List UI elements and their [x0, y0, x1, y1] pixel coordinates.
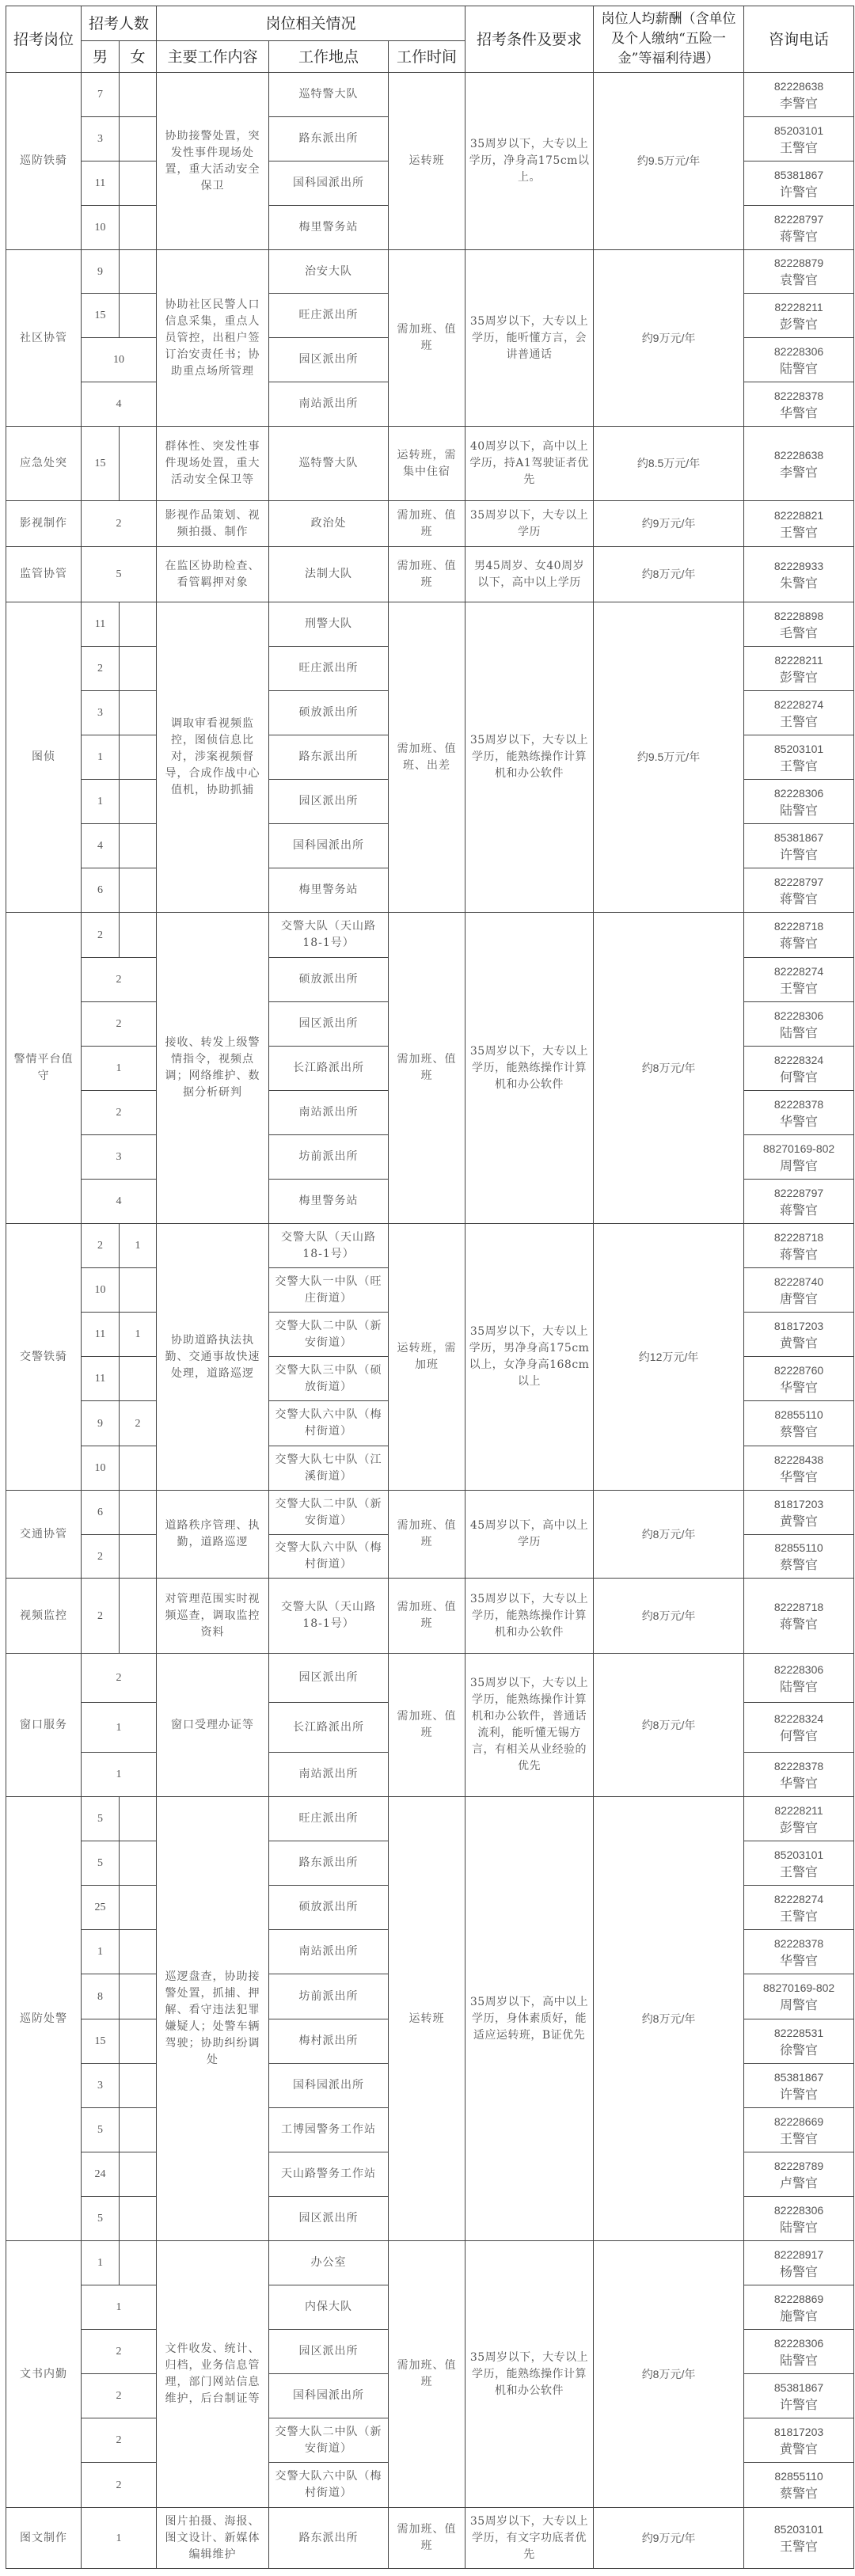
contact-phone: 85203101王警官 — [744, 2508, 854, 2569]
duties: 群体性、突发性事件现场处置，重大活动安全保卫等 — [157, 427, 269, 501]
headcount-male: 3 — [82, 117, 120, 161]
phone-number: 85381867 — [747, 830, 850, 846]
headcount-male: 2 — [82, 913, 120, 958]
requirements: 男45周岁、女40周岁以下，高中以上学历 — [465, 547, 594, 602]
phone-number: 88270169-802 — [747, 1141, 850, 1157]
phone-number: 82228898 — [747, 608, 850, 625]
duties: 图片拍摄、海报、图文设计、新媒体编辑维护 — [157, 2508, 269, 2569]
work-location: 旺庄派出所 — [269, 1797, 389, 1841]
phone-number: 82228797 — [747, 1185, 850, 1202]
requirements: 35周岁以下，大专以上学历，能熟练操作计算机和办公软件 — [465, 913, 594, 1224]
headcount-male: 10 — [82, 206, 120, 250]
contact-officer: 徐警官 — [747, 2042, 850, 2058]
work-location: 南站派出所 — [269, 1930, 389, 1974]
phone-number: 81817203 — [747, 1318, 850, 1335]
phone-number: 82228718 — [747, 918, 850, 935]
salary: 约8万元/年 — [594, 547, 744, 602]
contact-phone: 82228797蒋警官 — [744, 1180, 854, 1224]
phone-number: 82228933 — [747, 558, 850, 575]
headcount-female — [120, 602, 157, 647]
phone-number: 81817203 — [747, 2424, 850, 2441]
headcount-female — [120, 117, 157, 161]
duties: 协助道路执法执勤、交通事故快速处理，道路巡逻 — [157, 1224, 269, 1491]
work-location: 国科园派出所 — [269, 824, 389, 868]
work-location: 法制大队 — [269, 547, 389, 602]
work-location: 园区派出所 — [269, 1654, 389, 1703]
contact-officer: 华警官 — [747, 1113, 850, 1130]
requirements: 35周岁以下，大专以上学历，净身高175cm以上。 — [465, 73, 594, 250]
contact-officer: 王警官 — [747, 713, 850, 730]
headcount-male: 15 — [82, 2019, 120, 2064]
phone-number: 82228306 — [747, 344, 850, 360]
header-post-info: 岗位相关情况 — [157, 6, 465, 41]
position-name: 视频监控 — [6, 1579, 82, 1654]
work-location: 坊前派出所 — [269, 1135, 389, 1180]
contact-phone: 82228324何警官 — [744, 1047, 854, 1091]
contact-phone: 82228378华警官 — [744, 1753, 854, 1797]
header-headcount: 招考人数 — [82, 6, 157, 41]
headcount-male: 2 — [82, 1535, 120, 1579]
header-female: 女 — [120, 41, 157, 73]
salary: 约9万元/年 — [594, 2508, 744, 2569]
contact-officer: 华警官 — [747, 1379, 850, 1396]
headcount-total: 10 — [82, 338, 157, 382]
headcount-female — [120, 1357, 157, 1401]
contact-phone: 82228638李警官 — [744, 73, 854, 117]
header-phone: 咨询电话 — [744, 6, 854, 73]
contact-phone: 82228211彭警官 — [744, 294, 854, 338]
contact-officer: 彭警官 — [747, 669, 850, 686]
contact-phone: 82228306陆警官 — [744, 780, 854, 824]
headcount-total: 1 — [82, 1753, 157, 1797]
phone-number: 82228531 — [747, 2025, 850, 2042]
headcount-male: 4 — [82, 824, 120, 868]
position-name: 警情平台值守 — [6, 913, 82, 1224]
requirements: 35周岁以下，大专以上学历，有文字功底者优先 — [465, 2508, 594, 2569]
contact-phone: 85381867许警官 — [744, 2064, 854, 2108]
work-time: 需加班、值班 — [389, 250, 465, 427]
work-location: 交警大队二中队（新安街道） — [269, 1491, 389, 1535]
headcount-total: 2 — [82, 1091, 157, 1135]
salary: 约8万元/年 — [594, 1579, 744, 1654]
contact-phone: 82228933朱警官 — [744, 547, 854, 602]
phone-number: 82228797 — [747, 874, 850, 891]
contact-officer: 蔡警官 — [747, 1556, 850, 1573]
work-location: 巡特警大队 — [269, 73, 389, 117]
headcount-male: 6 — [82, 868, 120, 913]
contact-phone: 82228718蒋警官 — [744, 1224, 854, 1268]
table-row: 窗口服务2窗口受理办证等园区派出所需加班、值班35周岁以下，大专以上学历，能熟练… — [6, 1654, 854, 1703]
work-time: 运转班 — [389, 1797, 465, 2241]
header-requirements: 招考条件及要求 — [465, 6, 594, 73]
duties: 调取审看视频监控，图侦信息比对，涉案视频督导，合成作战中心值机，协助抓捕 — [157, 602, 269, 913]
headcount-male: 1 — [82, 780, 120, 824]
headcount-female — [120, 73, 157, 117]
headcount-female: 2 — [120, 1401, 157, 1446]
requirements: 35周岁以下，高中以上学历，身体素质好，能适应运转班，B证优先 — [465, 1797, 594, 2241]
work-location: 南站派出所 — [269, 1091, 389, 1135]
contact-officer: 陆警官 — [747, 1678, 850, 1695]
phone-number: 82228760 — [747, 1362, 850, 1379]
contact-officer: 华警官 — [747, 1775, 850, 1791]
table-row: 交通协管6道路秩序管理、执勤，道路巡逻交警大队二中队（新安街道）需加班、值班45… — [6, 1491, 854, 1535]
contact-phone: 82228324何警官 — [744, 1703, 854, 1753]
contact-officer: 黄警官 — [747, 1513, 850, 1529]
work-time: 需加班、值班 — [389, 2508, 465, 2569]
contact-officer: 陆警官 — [747, 802, 850, 819]
table-row: 应急处突15群体性、突发性事件现场处置，重大活动安全保卫等巡特警大队运转班，需集… — [6, 427, 854, 501]
contact-officer: 李警官 — [747, 464, 850, 481]
phone-number: 82228211 — [747, 652, 850, 669]
duties: 在监区协助检查、看管羁押对象 — [157, 547, 269, 602]
contact-phone: 82228438华警官 — [744, 1446, 854, 1491]
headcount-male: 10 — [82, 1268, 120, 1313]
headcount-total: 1 — [82, 2285, 157, 2330]
phone-number: 82228789 — [747, 2158, 850, 2175]
salary: 约8万元/年 — [594, 2241, 744, 2508]
salary: 约9万元/年 — [594, 501, 744, 547]
table-row: 影视制作2影视作品策划、视频拍摄、制作政治处需加班、值班35周岁以下，大专以上学… — [6, 501, 854, 547]
headcount-male: 3 — [82, 2064, 120, 2108]
headcount-male: 3 — [82, 691, 120, 735]
phone-number: 82228879 — [747, 255, 850, 272]
work-location: 南站派出所 — [269, 1753, 389, 1797]
headcount-male: 2 — [82, 647, 120, 691]
contact-officer: 陆警官 — [747, 360, 850, 377]
contact-phone: 82228797蒋警官 — [744, 206, 854, 250]
table-row: 图侦11调取审看视频监控，图侦信息比对，涉案视频督导，合成作战中心值机，协助抓捕… — [6, 602, 854, 647]
contact-officer: 彭警官 — [747, 316, 850, 332]
duties: 巡逻盘查，协助接警处置，抓捕、押解、看守违法犯罪嫌疑人；处警车辆驾驶；协助纠纷调… — [157, 1797, 269, 2241]
work-location: 园区派出所 — [269, 780, 389, 824]
phone-number: 82228718 — [747, 1229, 850, 1246]
contact-officer: 许警官 — [747, 2086, 850, 2103]
headcount-total: 2 — [82, 2418, 157, 2463]
position-name: 巡防铁骑 — [6, 73, 82, 250]
headcount-female — [120, 2019, 157, 2064]
headcount-total: 5 — [82, 547, 157, 602]
work-location: 国科园派出所 — [269, 161, 389, 206]
position-name: 应急处突 — [6, 427, 82, 501]
work-location: 坊前派出所 — [269, 1974, 389, 2019]
salary: 约9万元/年 — [594, 250, 744, 427]
work-location: 旺庄派出所 — [269, 647, 389, 691]
headcount-male: 24 — [82, 2152, 120, 2197]
contact-officer: 王警官 — [747, 758, 850, 774]
salary: 约8万元/年 — [594, 913, 744, 1224]
headcount-male: 25 — [82, 1886, 120, 1930]
header-row-1: 招考岗位 招考人数 岗位相关情况 招考条件及要求 岗位人均薪酬（含单位及个人缴纳… — [6, 6, 854, 41]
headcount-male: 5 — [82, 2197, 120, 2241]
contact-officer: 许警官 — [747, 846, 850, 863]
headcount-total: 2 — [82, 2330, 157, 2374]
table-row: 图文制作1图片拍摄、海报、图文设计、新媒体编辑维护路东派出所需加班、值班35周岁… — [6, 2508, 854, 2569]
work-location: 硕放派出所 — [269, 1886, 389, 1930]
headcount-male: 9 — [82, 1401, 120, 1446]
contact-officer: 黄警官 — [747, 2441, 850, 2457]
contact-phone: 82228740唐警官 — [744, 1268, 854, 1313]
headcount-male: 6 — [82, 1491, 120, 1535]
phone-number: 82228821 — [747, 507, 850, 524]
table-row: 文书内勤1文件收发、统计、归档，业务信息管理，部门网站信息维护，后台制证等办公室… — [6, 2241, 854, 2285]
phone-number: 85381867 — [747, 2069, 850, 2086]
contact-officer: 蒋警官 — [747, 228, 850, 245]
headcount-female — [120, 691, 157, 735]
phone-number: 82228211 — [747, 1803, 850, 1819]
position-name: 文书内勤 — [6, 2241, 82, 2508]
duties: 道路秩序管理、执勤，道路巡逻 — [157, 1491, 269, 1579]
headcount-male: 15 — [82, 294, 120, 338]
headcount-total: 2 — [82, 1002, 157, 1047]
table-row: 监管协管5在监区协助检查、看管羁押对象法制大队需加班、值班男45周岁、女40周岁… — [6, 547, 854, 602]
phone-number: 82228306 — [747, 2335, 850, 2352]
headcount-female — [120, 2152, 157, 2197]
work-location: 政治处 — [269, 501, 389, 547]
headcount-male: 2 — [82, 1579, 120, 1654]
work-location: 园区派出所 — [269, 338, 389, 382]
position-name: 监管协管 — [6, 547, 82, 602]
headcount-male: 8 — [82, 1974, 120, 2019]
phone-number: 82228869 — [747, 2291, 850, 2308]
headcount-female — [120, 1841, 157, 1886]
position-name: 图文制作 — [6, 2508, 82, 2569]
headcount-female — [120, 206, 157, 250]
duties: 协助社区民警人口信息采集，重点人员管控，出租户签订治安责任书；协助重点场所管理 — [157, 250, 269, 427]
contact-phone: 82228211彭警官 — [744, 647, 854, 691]
headcount-male: 15 — [82, 427, 120, 501]
headcount-total: 1 — [82, 1703, 157, 1753]
headcount-male: 11 — [82, 1313, 120, 1357]
work-location: 交警大队六中队（梅村街道） — [269, 2463, 389, 2508]
work-time: 需加班、值班 — [389, 547, 465, 602]
position-name: 交警铁骑 — [6, 1224, 82, 1491]
work-time: 需加班、值班 — [389, 2241, 465, 2508]
contact-phone: 82228274王警官 — [744, 691, 854, 735]
duties: 影视作品策划、视频拍摄、制作 — [157, 501, 269, 547]
work-location: 园区派出所 — [269, 2330, 389, 2374]
work-time: 需加班、值班 — [389, 501, 465, 547]
headcount-male: 1 — [82, 1930, 120, 1974]
headcount-male: 10 — [82, 1446, 120, 1491]
contact-phone: 82228378华警官 — [744, 1091, 854, 1135]
requirements: 45周岁以下，高中以上学历 — [465, 1491, 594, 1579]
contact-officer: 蒋警官 — [747, 935, 850, 952]
salary: 约8万元/年 — [594, 1654, 744, 1797]
contact-phone: 82855110蔡警官 — [744, 2463, 854, 2508]
headcount-female — [120, 868, 157, 913]
contact-officer: 陆警官 — [747, 1024, 850, 1041]
contact-officer: 李警官 — [747, 95, 850, 112]
headcount-male: 5 — [82, 2108, 120, 2152]
work-location: 交警大队二中队（新安街道） — [269, 2418, 389, 2463]
phone-number: 82228669 — [747, 2114, 850, 2130]
recruitment-table: 招考岗位 招考人数 岗位相关情况 招考条件及要求 岗位人均薪酬（含单位及个人缴纳… — [6, 6, 854, 2569]
headcount-female — [120, 2197, 157, 2241]
headcount-female — [120, 1535, 157, 1579]
headcount-female — [120, 647, 157, 691]
contact-phone: 82228760华警官 — [744, 1357, 854, 1401]
headcount-total: 3 — [82, 1135, 157, 1180]
work-location: 梅里警务站 — [269, 206, 389, 250]
position-name: 影视制作 — [6, 501, 82, 547]
header-male: 男 — [82, 41, 120, 73]
phone-number: 82228378 — [747, 1096, 850, 1113]
headcount-total: 2 — [82, 501, 157, 547]
contact-officer: 华警官 — [747, 405, 850, 421]
phone-number: 82228917 — [747, 2247, 850, 2263]
contact-phone: 82228869施警官 — [744, 2285, 854, 2330]
phone-number: 82228306 — [747, 1008, 850, 1024]
phone-number: 85381867 — [747, 167, 850, 184]
requirements: 35周岁以下，大专以上学历，能熟练操作计算机和办公软件 — [465, 602, 594, 913]
phone-number: 85381867 — [747, 2380, 850, 2396]
contact-phone: 82228917杨警官 — [744, 2241, 854, 2285]
table-row: 视频监控2对管理范围实时视频巡查，调取监控资料交警大队（天山路18-1号）需加班… — [6, 1579, 854, 1654]
phone-number: 82228274 — [747, 1891, 850, 1908]
work-location: 硕放派出所 — [269, 691, 389, 735]
contact-officer: 蔡警官 — [747, 1423, 850, 1440]
headcount-total: 2 — [82, 2463, 157, 2508]
work-location: 交警大队三中队（硕放街道） — [269, 1357, 389, 1401]
phone-number: 82228740 — [747, 1274, 850, 1290]
headcount-total: 4 — [82, 1180, 157, 1224]
contact-officer: 王警官 — [747, 524, 850, 541]
contact-officer: 周警官 — [747, 1997, 850, 2013]
work-time: 需加班、值班 — [389, 1491, 465, 1579]
requirements: 35周岁以下，大专以上学历，能熟练操作计算机和办公软件 — [465, 2241, 594, 2508]
contact-phone: 82228879袁警官 — [744, 250, 854, 294]
salary: 约9.5万元/年 — [594, 602, 744, 913]
contact-phone: 82228306陆警官 — [744, 1654, 854, 1703]
table-body: 巡防铁骑7协助接警处置，突发性事件现场处置，重大活动安全保卫巡特警大队运转班35… — [6, 73, 854, 2569]
work-location: 园区派出所 — [269, 1002, 389, 1047]
headcount-female — [120, 824, 157, 868]
contact-officer: 许警官 — [747, 184, 850, 200]
work-location: 内保大队 — [269, 2285, 389, 2330]
contact-officer: 华警官 — [747, 1952, 850, 1969]
contact-phone: 82228718蒋警官 — [744, 1579, 854, 1654]
contact-phone: 82228669王警官 — [744, 2108, 854, 2152]
headcount-total: 2 — [82, 1654, 157, 1703]
work-location: 天山路警务工作站 — [269, 2152, 389, 2197]
phone-number: 88270169-802 — [747, 1980, 850, 1997]
contact-phone: 82228789卢警官 — [744, 2152, 854, 2197]
phone-number: 82228306 — [747, 785, 850, 802]
phone-number: 82228438 — [747, 1452, 850, 1468]
headcount-male: 1 — [82, 2241, 120, 2285]
position-name: 图侦 — [6, 602, 82, 913]
table-row: 社区协管9协助社区民警人口信息采集，重点人员管控，出租户签订治安责任书；协助重点… — [6, 250, 854, 294]
contact-officer: 彭警官 — [747, 1819, 850, 1836]
requirements: 35周岁以下，大专以上学历 — [465, 501, 594, 547]
header-duties: 主要工作内容 — [157, 41, 269, 73]
work-location: 交警大队（天山路18-1号） — [269, 1579, 389, 1654]
headcount-female — [120, 1579, 157, 1654]
contact-phone: 82228378华警官 — [744, 382, 854, 427]
work-time: 需加班、值班、出差 — [389, 602, 465, 913]
headcount-female — [120, 2108, 157, 2152]
work-location: 路东派出所 — [269, 1841, 389, 1886]
phone-number: 82228378 — [747, 1936, 850, 1952]
work-location: 交警大队六中队（梅村街道） — [269, 1535, 389, 1579]
headcount-female: 1 — [120, 1313, 157, 1357]
contact-officer: 袁警官 — [747, 272, 850, 288]
contact-phone: 82228211彭警官 — [744, 1797, 854, 1841]
contact-phone: 88270169-802周警官 — [744, 1135, 854, 1180]
requirements: 40周岁以下，高中以上学历，持A1驾驶证者优先 — [465, 427, 594, 501]
work-location: 刑警大队 — [269, 602, 389, 647]
headcount-male: 5 — [82, 1797, 120, 1841]
contact-phone: 82228274王警官 — [744, 1886, 854, 1930]
duties: 对管理范围实时视频巡查，调取监控资料 — [157, 1579, 269, 1654]
contact-phone: 85203101王警官 — [744, 117, 854, 161]
headcount-total: 2 — [82, 2374, 157, 2418]
header-location: 工作地点 — [269, 41, 389, 73]
phone-number: 82228274 — [747, 697, 850, 713]
contact-phone: 85381867许警官 — [744, 2374, 854, 2418]
headcount-female — [120, 1797, 157, 1841]
headcount-male: 11 — [82, 1357, 120, 1401]
work-location: 办公室 — [269, 2241, 389, 2285]
phone-number: 82228211 — [747, 299, 850, 316]
headcount-male: 7 — [82, 73, 120, 117]
contact-phone: 82228378华警官 — [744, 1930, 854, 1974]
work-location: 路东派出所 — [269, 735, 389, 780]
work-location: 路东派出所 — [269, 2508, 389, 2569]
work-location: 硕放派出所 — [269, 958, 389, 1002]
contact-officer: 何警官 — [747, 1727, 850, 1744]
duties: 文件收发、统计、归档，业务信息管理，部门网站信息维护，后台制证等 — [157, 2241, 269, 2508]
contact-phone: 82228306陆警官 — [744, 1002, 854, 1047]
position-name: 窗口服务 — [6, 1654, 82, 1797]
table-row: 巡防处警5巡逻盘查，协助接警处置，抓捕、押解、看守违法犯罪嫌疑人；处警车辆驾驶；… — [6, 1797, 854, 1841]
contact-officer: 施警官 — [747, 2308, 850, 2324]
phone-number: 85203101 — [747, 1847, 850, 1864]
contact-phone: 88270169-802周警官 — [744, 1974, 854, 2019]
headcount-female — [120, 1974, 157, 2019]
work-time: 运转班 — [389, 73, 465, 250]
table-row: 警情平台值守2接收、转发上级警情指令，视频点调；网络维护、数据分析研判交警大队（… — [6, 913, 854, 958]
requirements: 35周岁以下，大专以上学历，能熟练操作计算机和办公软件 — [465, 1579, 594, 1654]
work-location: 交警大队一中队（旺庄街道） — [269, 1268, 389, 1313]
requirements: 35周岁以下，大专以上学历，男净身高175cm以上，女净身高168cm以上 — [465, 1224, 594, 1491]
phone-number: 85203101 — [747, 2521, 850, 2538]
contact-phone: 85203101王警官 — [744, 735, 854, 780]
contact-phone: 82228797蒋警官 — [744, 868, 854, 913]
phone-number: 82228306 — [747, 1662, 850, 1678]
phone-number: 85203101 — [747, 741, 850, 758]
headcount-female — [120, 780, 157, 824]
headcount-female — [120, 1268, 157, 1313]
contact-officer: 蒋警官 — [747, 1246, 850, 1263]
contact-officer: 华警官 — [747, 1468, 850, 1485]
work-location: 园区派出所 — [269, 2197, 389, 2241]
headcount-female — [120, 2241, 157, 2285]
phone-number: 82228797 — [747, 211, 850, 228]
duties: 接收、转发上级警情指令，视频点调；网络维护、数据分析研判 — [157, 913, 269, 1224]
headcount-female — [120, 294, 157, 338]
headcount-female — [120, 1930, 157, 1974]
headcount-male: 11 — [82, 602, 120, 647]
phone-number: 82228718 — [747, 1599, 850, 1616]
contact-phone: 82855110蔡警官 — [744, 1535, 854, 1579]
salary: 约8万元/年 — [594, 1797, 744, 2241]
work-time: 需加班、值班 — [389, 913, 465, 1224]
contact-officer: 王警官 — [747, 980, 850, 997]
position-name: 交通协管 — [6, 1491, 82, 1579]
contact-phone: 82855110蔡警官 — [744, 1401, 854, 1446]
contact-officer: 许警官 — [747, 2396, 850, 2413]
